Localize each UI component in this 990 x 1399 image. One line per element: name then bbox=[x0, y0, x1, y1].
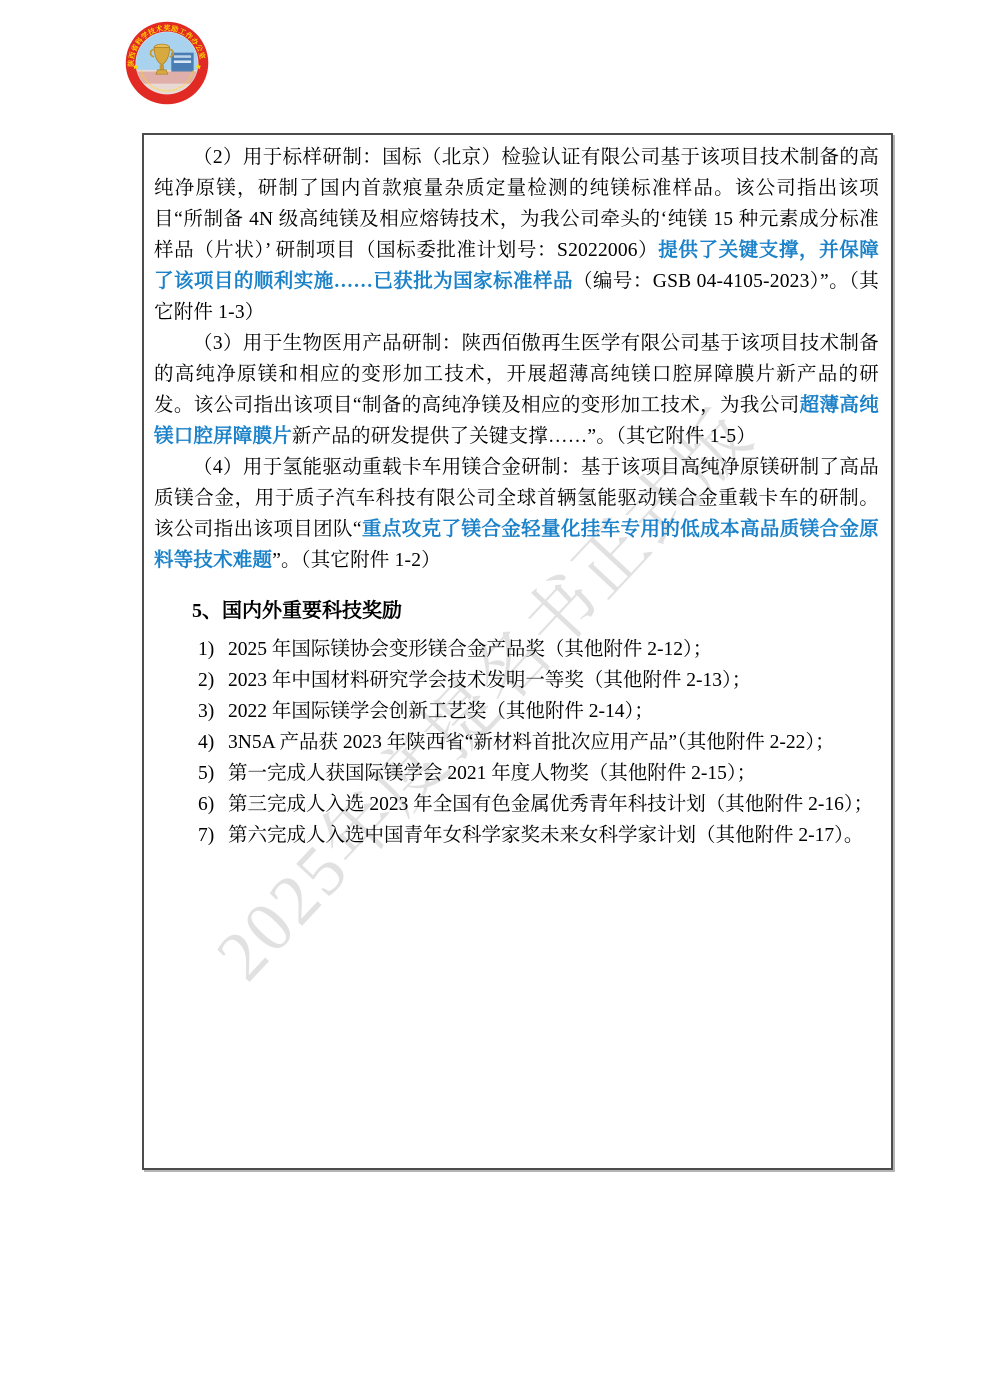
paragraph: （3）用于生物医用产品研制：陕西佰傲再生医学有限公司基于该项目技术制备的高纯净原… bbox=[154, 328, 879, 452]
award-item-number: 2) bbox=[198, 665, 228, 696]
page: { "stamp": { "ring_text_top": "陕西省科学技术奖励… bbox=[0, 0, 990, 1399]
award-item-number: 6) bbox=[198, 789, 228, 820]
award-list-item: 2)2023 年中国材料研究学会技术发明一等奖（其他附件 2-13）； bbox=[154, 665, 879, 696]
award-item-text: 2025 年国际镁协会变形镁合金产品奖（其他附件 2-12）； bbox=[228, 634, 879, 665]
section-heading: 5、国内外重要科技奖励 bbox=[154, 598, 879, 624]
paragraph: （4）用于氢能驱动重载卡车用镁合金研制：基于该项目高纯净原镁研制了高品质镁合金，… bbox=[154, 452, 879, 576]
award-item-text: 2023 年中国材料研究学会技术发明一等奖（其他附件 2-13）； bbox=[228, 665, 879, 696]
body-text: 新产品的研发提供了关键支撑……”。（其它附件 1-5） bbox=[292, 426, 756, 447]
award-item-text: 第六完成人入选中国青年女科学家奖未来女科学家计划（其他附件 2-17）。 bbox=[228, 820, 879, 851]
document-cell: （2）用于标样研制：国标（北京）检验认证有限公司基于该项目技术制备的高纯净原镁，… bbox=[142, 133, 893, 1170]
stamp-svg: 陕西省科学技术奖励工作办公室 Shaanxi Province Office O… bbox=[124, 20, 210, 106]
award-list-item: 1)2025 年国际镁协会变形镁合金产品奖（其他附件 2-12）； bbox=[154, 634, 879, 665]
award-list-item: 6)第三完成人入选 2023 年全国有色金属优秀青年科技计划（其他附件 2-16… bbox=[154, 789, 879, 820]
body-text: ”。（其它附件 1-2） bbox=[272, 550, 441, 571]
award-item-number: 3) bbox=[198, 696, 228, 727]
award-office-stamp-icon: 陕西省科学技术奖励工作办公室 Shaanxi Province Office O… bbox=[124, 20, 210, 106]
award-list-item: 7)第六完成人入选中国青年女科学家奖未来女科学家计划（其他附件 2-17）。 bbox=[154, 820, 879, 851]
award-item-number: 7) bbox=[198, 820, 228, 851]
award-item-text: 第一完成人获国际镁学会 2021 年度人物奖（其他附件 2-15）； bbox=[228, 758, 879, 789]
award-item-text: 第三完成人入选 2023 年全国有色金属优秀青年科技计划（其他附件 2-16）； bbox=[228, 789, 879, 820]
award-item-text: 3N5A 产品获 2023 年陕西省“新材料首批次应用产品”（其他附件 2-22… bbox=[228, 727, 879, 758]
award-list-item: 5)第一完成人获国际镁学会 2021 年度人物奖（其他附件 2-15）； bbox=[154, 758, 879, 789]
award-list-item: 4)3N5A 产品获 2023 年陕西省“新材料首批次应用产品”（其他附件 2-… bbox=[154, 727, 879, 758]
award-item-number: 4) bbox=[198, 727, 228, 758]
body-text: （3）用于生物医用产品研制：陕西佰傲再生医学有限公司基于该项目技术制备的高纯净原… bbox=[154, 333, 879, 416]
award-item-text: 2022 年国际镁学会创新工艺奖（其他附件 2-14）； bbox=[228, 696, 879, 727]
award-list: 1)2025 年国际镁协会变形镁合金产品奖（其他附件 2-12）；2)2023 … bbox=[154, 634, 879, 851]
paragraph: （2）用于标样研制：国标（北京）检验认证有限公司基于该项目技术制备的高纯净原镁，… bbox=[154, 142, 879, 328]
award-item-number: 5) bbox=[198, 758, 228, 789]
paragraph-container: （2）用于标样研制：国标（北京）检验认证有限公司基于该项目技术制备的高纯净原镁，… bbox=[154, 142, 879, 576]
award-list-item: 3)2022 年国际镁学会创新工艺奖（其他附件 2-14）； bbox=[154, 696, 879, 727]
award-item-number: 1) bbox=[198, 634, 228, 665]
